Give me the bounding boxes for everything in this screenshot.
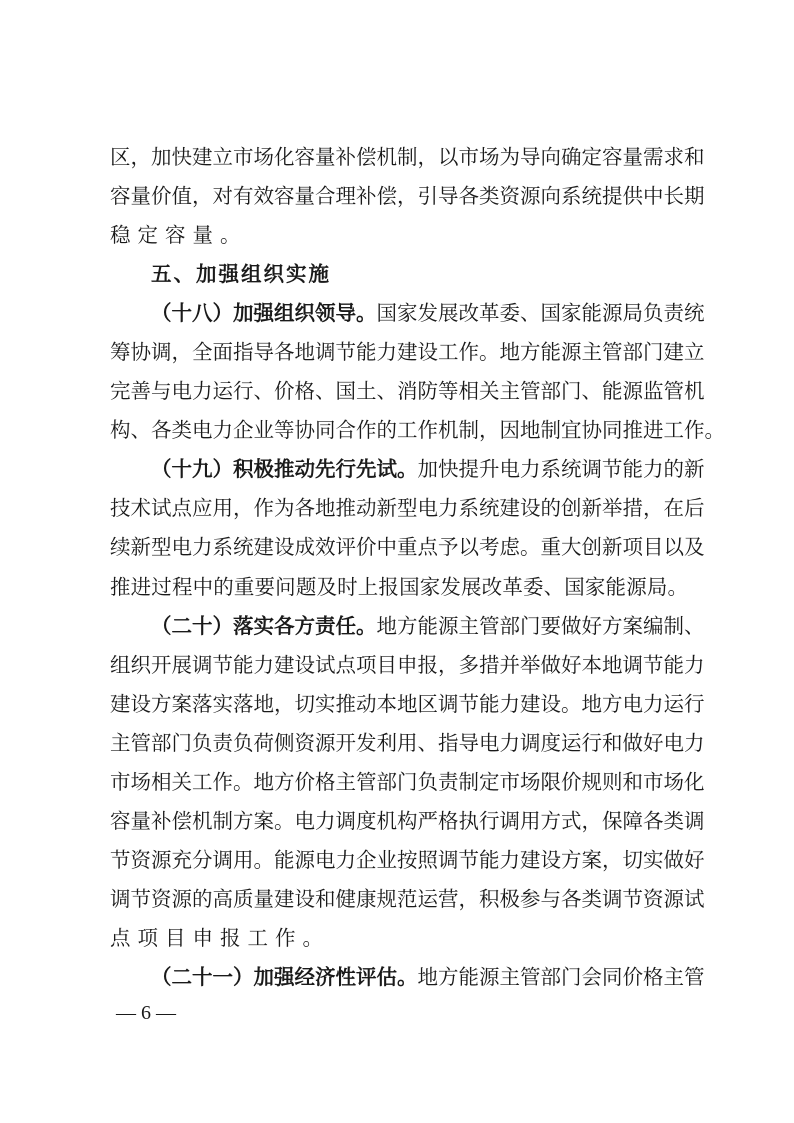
- text-line: 主管部门负责负荷侧资源开发利用、指导电力调度运行和做好电力: [110, 724, 688, 763]
- text-line: 构、各类电力企业等协同合作的工作机制，因地制宜协同推进工作。: [110, 411, 688, 450]
- paragraph-text: 国家发展改革委、国家能源局负责统: [377, 301, 705, 325]
- text-line: 筹协调，全面指导各地调节能力建设工作。地方能源主管部门建立: [110, 333, 688, 372]
- section-heading: 五、加强组织实施: [110, 255, 688, 294]
- paragraph-lead: （十九）积极推动先行先试。: [151, 457, 418, 481]
- paragraph-text: 加快提升电力系统调节能力的新: [418, 457, 705, 481]
- text-line: 节资源充分调用。能源电力企业按照调节能力建设方案，切实做好: [110, 841, 688, 880]
- text-line: 续新型电力系统建设成效评价中重点予以考虑。重大创新项目以及: [110, 528, 688, 567]
- text-line: 容量补偿机制方案。电力调度机构严格执行调用方式，保障各类调: [110, 802, 688, 841]
- paragraph-first-line: （二十）落实各方责任。地方能源主管部门要做好方案编制、: [110, 607, 688, 646]
- text-line: 组织开展调节能力建设试点项目申报，多措并举做好本地调节能力: [110, 646, 688, 685]
- text-line: 调节资源的高质量建设和健康规范运营，积极参与各类调节资源试: [110, 880, 688, 919]
- paragraph-first-line: （十八）加强组织领导。国家发展改革委、国家能源局负责统: [110, 294, 688, 333]
- text-line: 建设方案落实落地，切实推动本地区调节能力建设。地方电力运行: [110, 685, 688, 724]
- paragraph-text: 地方能源主管部门要做好方案编制、: [377, 614, 705, 638]
- page-number: — 6 —: [116, 1000, 176, 1026]
- text-line: 区，加快建立市场化容量补偿机制，以市场为导向确定容量需求和: [110, 138, 688, 177]
- paragraph-first-line: （十九）积极推动先行先试。加快提升电力系统调节能力的新: [110, 450, 688, 489]
- paragraph-first-line: （二十一）加强经济性评估。地方能源主管部门会同价格主管: [110, 958, 688, 997]
- paragraph-lead: （十八）加强组织领导。: [151, 301, 377, 325]
- text-line: 市场相关工作。地方价格主管部门负责制定市场限价规则和市场化: [110, 763, 688, 802]
- text-line: 点项目申报工作。: [110, 919, 688, 958]
- text-line: 技术试点应用，作为各地推动新型电力系统建设的创新举措，在后: [110, 489, 688, 528]
- text-line: 推进过程中的重要问题及时上报国家发展改革委、国家能源局。: [110, 568, 688, 607]
- text-line: 稳定容量。: [110, 216, 688, 255]
- text-line: 容量价值，对有效容量合理补偿，引导各类资源向系统提供中长期: [110, 177, 688, 216]
- text-line: 完善与电力运行、价格、国土、消防等相关主管部门、能源监管机: [110, 372, 688, 411]
- paragraph-lead: （二十一）加强经济性评估。: [151, 965, 418, 989]
- paragraph-text: 地方能源主管部门会同价格主管: [418, 965, 705, 989]
- document-page: 区，加快建立市场化容量补偿机制，以市场为导向确定容量需求和 容量价值，对有效容量…: [110, 138, 688, 997]
- paragraph-lead: （二十）落实各方责任。: [151, 614, 377, 638]
